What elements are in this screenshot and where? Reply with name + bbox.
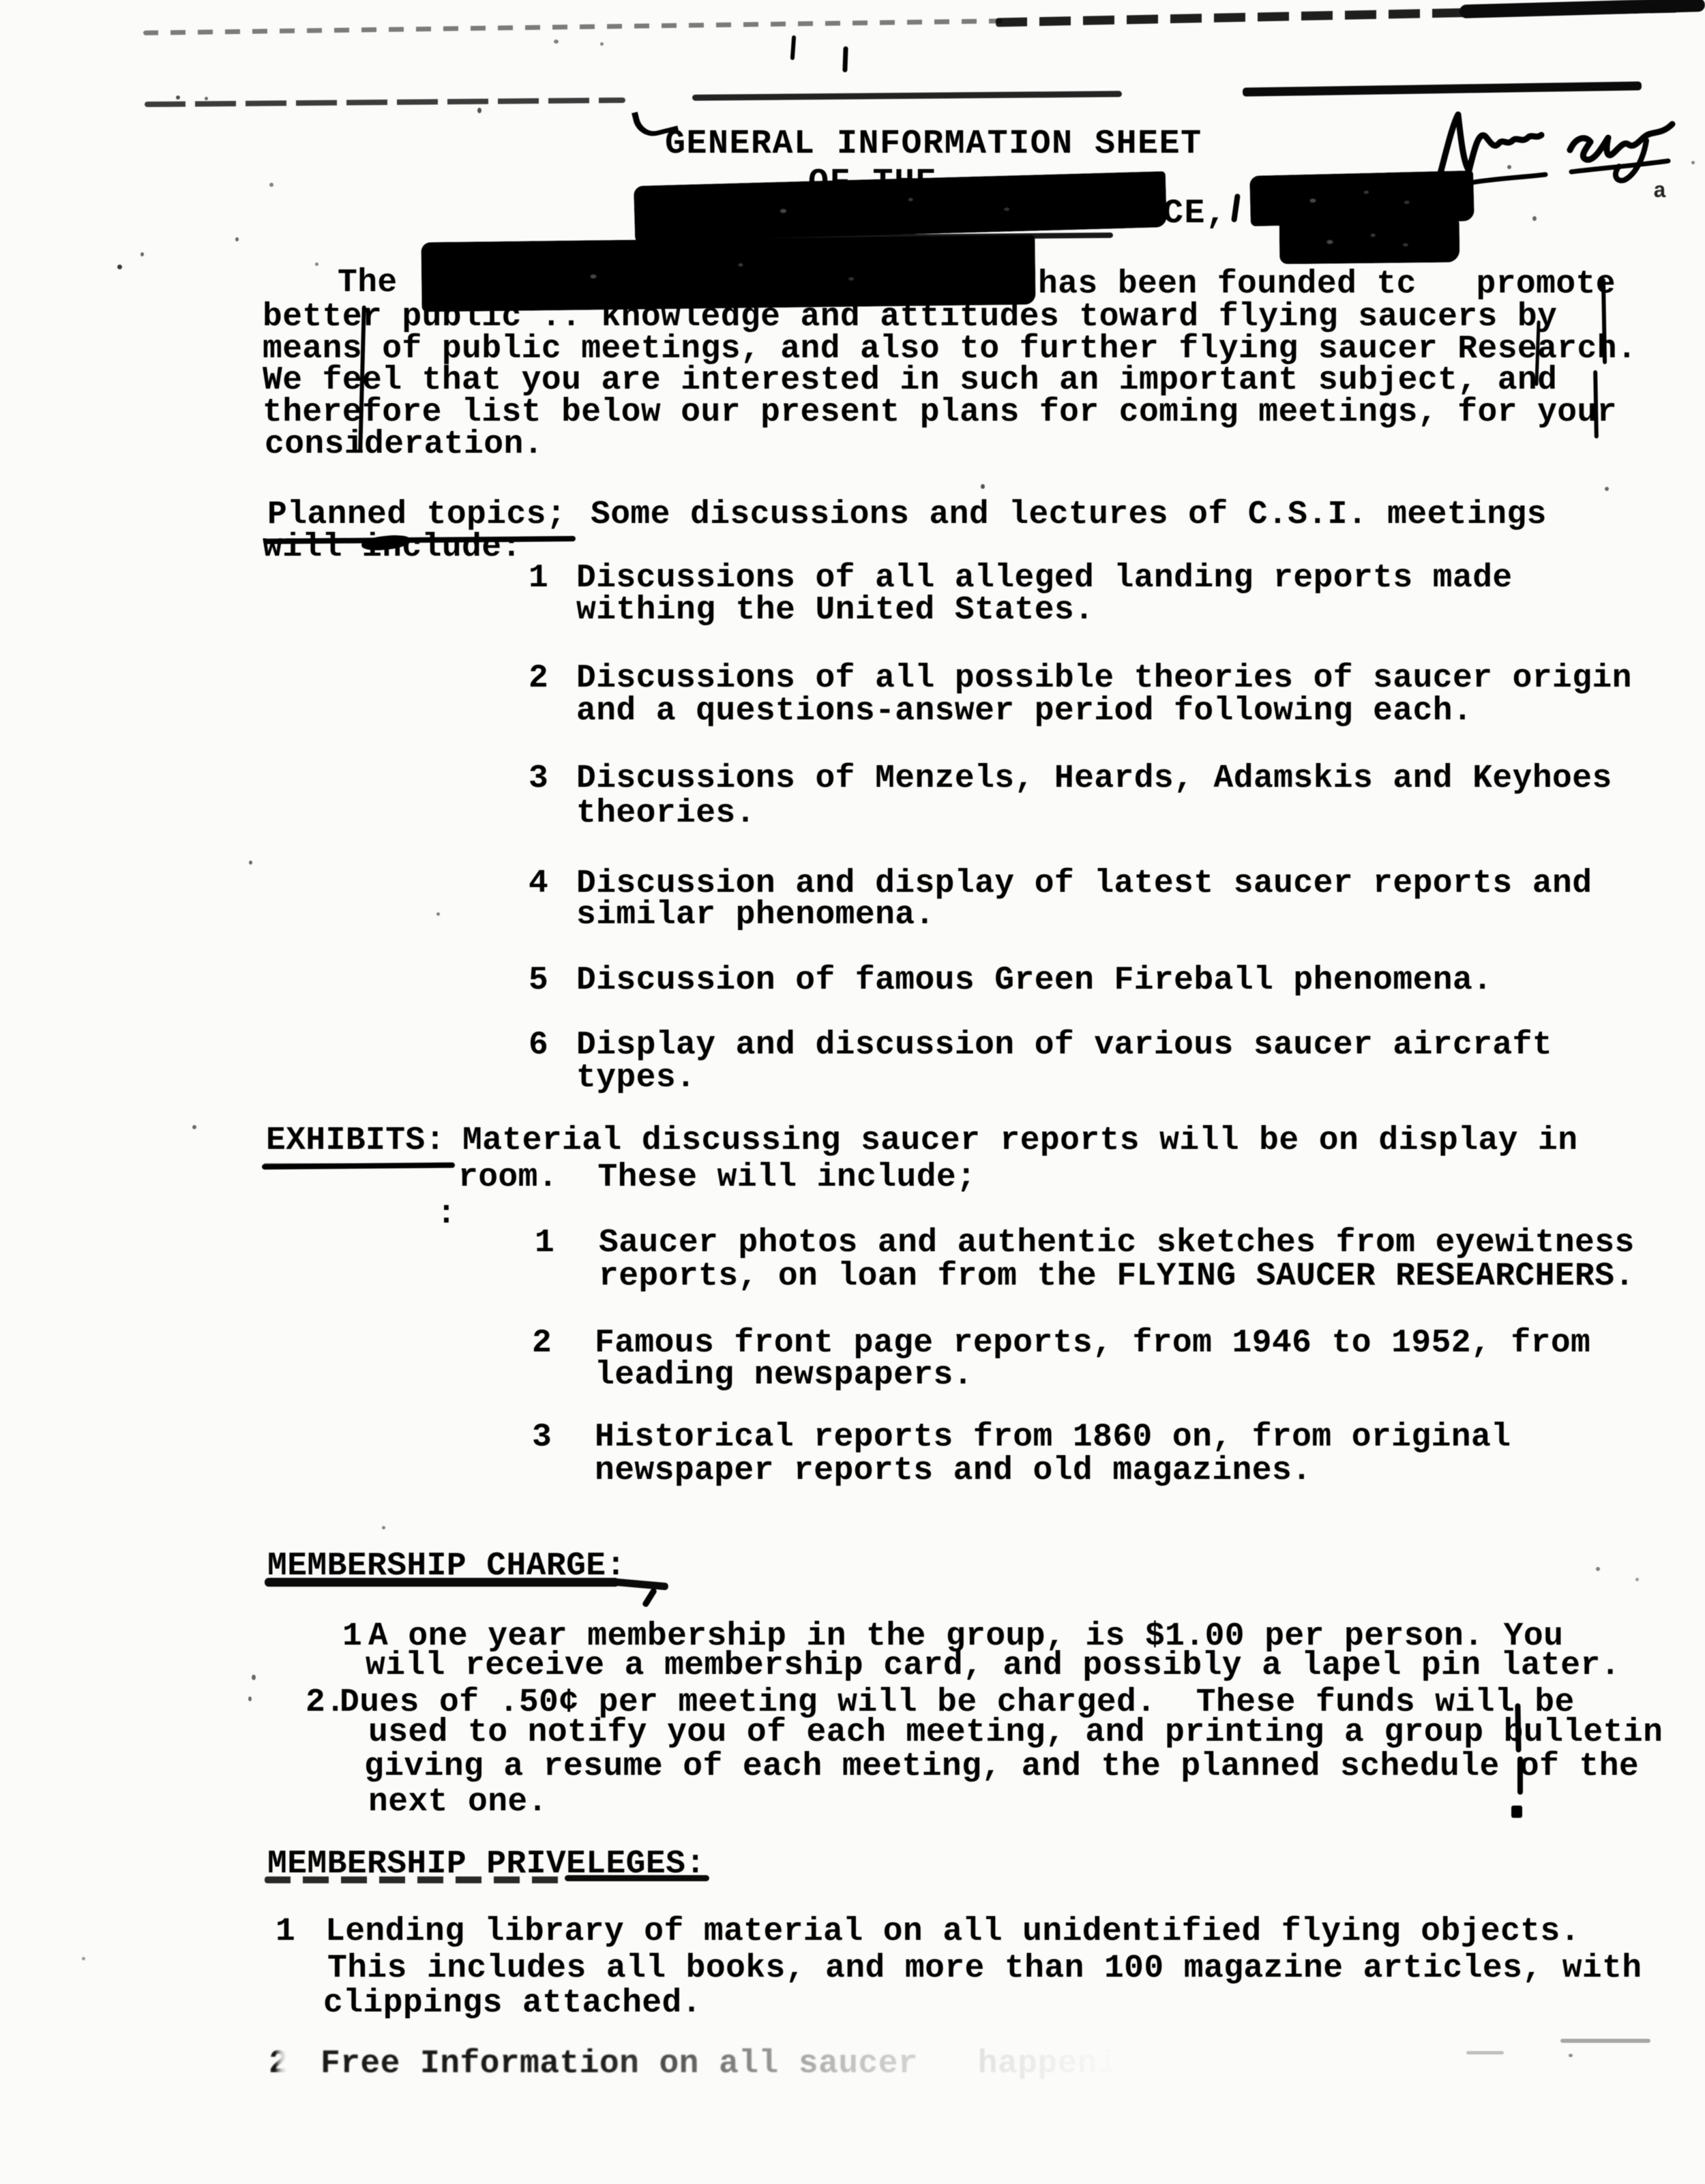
topic-item-line: Display and discussion of various saucer… [576, 1028, 1552, 1062]
topic-item-line: Discussion and display of latest saucer … [576, 867, 1592, 901]
charge-item-line: will receive a membership card, and poss… [366, 1649, 1620, 1683]
scanned-document-page: GENERAL INFORMATION SHEET OF THE CE, a T… [0, 0, 1705, 2184]
privelege-item-number: 1 [276, 1915, 295, 1949]
topic-item-line: Discussion of famous Green Fireball phen… [576, 963, 1492, 998]
scan-noise-streak [1459, 0, 1705, 18]
noise-dot [382, 1526, 385, 1529]
redaction-bar-inline [421, 235, 1035, 312]
intro-line: therefore list below our present plans f… [263, 395, 1617, 430]
noise-dot [1691, 161, 1695, 164]
heading-underline-tail [614, 1579, 669, 1591]
noise-dot [249, 861, 252, 865]
noise-dot [554, 40, 559, 44]
topic-item-line: theories. [576, 796, 756, 831]
redaction-block [1279, 218, 1460, 265]
noise-dot [117, 265, 122, 269]
faded-smudge [1560, 2039, 1650, 2043]
pen-tick-mark [790, 35, 796, 60]
exhibit-item-line: leading newspapers. [595, 1358, 973, 1392]
exhibit-item-line: Historical reports from 1860 on, from or… [595, 1420, 1511, 1454]
privelege-item-number: 2 [269, 2047, 288, 2081]
section-heading-line2: room. These will include; [458, 1161, 976, 1195]
noise-dot [477, 108, 481, 113]
heading-underline-smudge [265, 1578, 619, 1587]
section-heading-planned-topics: Planned topics; [267, 498, 566, 532]
noise-dot [252, 1675, 256, 1680]
topic-item-line: Discussions of all possible theories of … [576, 661, 1632, 695]
handwritten-note [1429, 97, 1689, 199]
topic-item-line: types. [576, 1061, 696, 1095]
noise-dot [1605, 487, 1609, 491]
noise-dot [1569, 2054, 1573, 2057]
exhibit-item-line: newspaper reports and old magazines. [595, 1454, 1311, 1488]
privelege-item-line: This includes all books, and more than 1… [327, 1951, 1642, 1986]
scan-noise-streak [692, 91, 1122, 100]
intro-line: has been founded tc promote [1038, 267, 1616, 301]
noise-dot [248, 1696, 252, 1701]
noise-dot [269, 183, 273, 187]
exhibit-item-line: Saucer photos and authentic sketches fro… [599, 1226, 1635, 1260]
pen-stroke [1517, 1756, 1523, 1795]
intro-lead-word: The [338, 266, 398, 300]
scan-noise-streak [145, 98, 625, 107]
noise-dot [235, 237, 239, 241]
topic-item-number: 4 [529, 867, 548, 901]
topic-item-number: 5 [529, 963, 548, 998]
document-title: GENERAL INFORMATION SHEET [665, 127, 1202, 163]
topic-item-number: 6 [529, 1028, 548, 1062]
noise-dot [981, 484, 985, 489]
pen-stroke [1593, 370, 1599, 438]
charge-item-number: 1 [342, 1619, 362, 1654]
charge-item-line: next one. [368, 1785, 548, 1819]
noise-dot [436, 912, 440, 916]
stray-colon-mark: : [436, 1197, 456, 1231]
scan-ink-layer: GENERAL INFORMATION SHEET OF THE CE, a T… [0, 0, 1705, 2184]
privelege-item-line: Free Information on all saucer happening… [321, 2047, 1177, 2081]
heading-underline-hook [642, 1587, 658, 1608]
privelege-item-line: clippings attached. [323, 1986, 702, 2020]
noise-dot [176, 95, 180, 100]
topic-item-number: 2 [529, 661, 548, 695]
redaction-bar [634, 171, 1167, 242]
exhibit-item-line: reports, on loan from the FLYING SAUCER … [599, 1259, 1635, 1293]
noise-dot [1532, 216, 1537, 221]
exhibit-item-line: Famous front page reports, from 1946 to … [595, 1326, 1590, 1360]
faded-smudge [1466, 2051, 1504, 2054]
charge-item-line: giving a resume of each meeting, and the… [364, 1750, 1639, 1784]
exhibit-item-number: 3 [532, 1420, 552, 1454]
intro-line: We feel that you are interested in such … [263, 363, 1557, 398]
scan-noise-streak [143, 18, 1003, 35]
section-heading-exhibits: EXHIBITS: [266, 1124, 445, 1158]
noise-dot [205, 97, 208, 100]
noise-dot [192, 1125, 196, 1129]
pen-tick-mark [842, 46, 848, 72]
pen-tick-mark [1231, 194, 1241, 223]
exhibit-item-number: 1 [535, 1226, 554, 1260]
pen-stroke [1515, 1703, 1521, 1752]
topic-item-line: and a questions-answer period following … [576, 694, 1472, 728]
topic-item-line: similar phenomena. [576, 898, 935, 932]
topic-item-line: Discussions of all alleged landing repor… [576, 561, 1513, 595]
topic-item-number: 1 [529, 561, 548, 595]
masthead-visible-suffix: CE, [1163, 196, 1228, 233]
noise-dot [1596, 1567, 1600, 1571]
section-heading-rest: Material discussing saucer reports will … [462, 1124, 1577, 1158]
privelege-item-line: Lending library of material on all unide… [325, 1915, 1580, 1949]
noise-dot [617, 808, 621, 811]
noise-dot [600, 42, 604, 46]
heading-underline-smudge [565, 1875, 709, 1881]
charge-item-line: used to notify you of each meeting, and … [368, 1716, 1663, 1750]
topic-item-line: withing the United States. [576, 593, 1094, 627]
exhibit-item-number: 2 [532, 1326, 552, 1360]
section-heading-rest: Some discussions and lectures of C.S.I. … [591, 498, 1547, 532]
heading-underline-dashes [265, 1876, 565, 1883]
noise-dot [140, 252, 144, 256]
noise-dot [1635, 1578, 1639, 1581]
intro-line: means of public meetings, and also to fu… [263, 332, 1637, 366]
topic-item-number: 3 [529, 762, 548, 796]
intro-line: consideration. [265, 428, 544, 462]
noise-dot [82, 1957, 85, 1960]
pen-stroke-dot [1511, 1806, 1522, 1818]
topic-item-line: Discussions of Menzels, Heards, Adamskis… [576, 762, 1612, 796]
scan-noise-streak [1243, 81, 1642, 96]
noise-dot [315, 263, 318, 266]
